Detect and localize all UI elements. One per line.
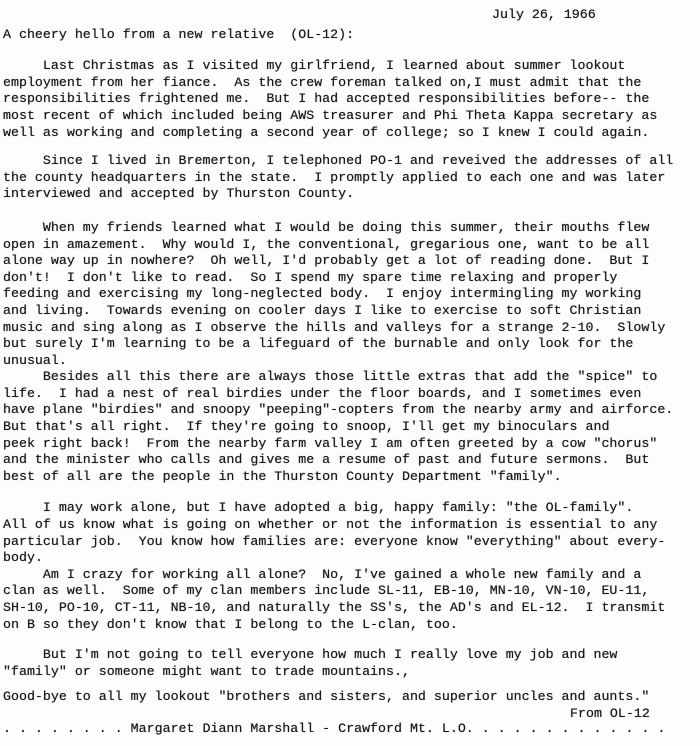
letter-paragraph-2: Since I lived in Bremerton, I telephoned… [3, 153, 700, 203]
letter-date: July 26, 1966 [492, 7, 700, 24]
letter-closing: Good-bye to all my lookout "brothers and… [3, 689, 700, 706]
letter-paragraph-3: When my friends learned what I would be … [3, 220, 700, 486]
letter-signature: . . . . . . . . Margaret Diann Marshall … [3, 721, 700, 738]
letter-salutation: A cheery hello from a new relative (OL-1… [3, 27, 700, 44]
letter-paragraph-4: I may work alone, but I have adopted a b… [3, 500, 700, 633]
typewritten-letter-page: July 26, 1966 A cheery hello from a new … [0, 0, 700, 746]
letter-paragraph-1: Last Christmas as I visited my girlfrien… [3, 58, 700, 141]
letter-paragraph-5: But I'm not going to tell everyone how m… [3, 647, 700, 680]
